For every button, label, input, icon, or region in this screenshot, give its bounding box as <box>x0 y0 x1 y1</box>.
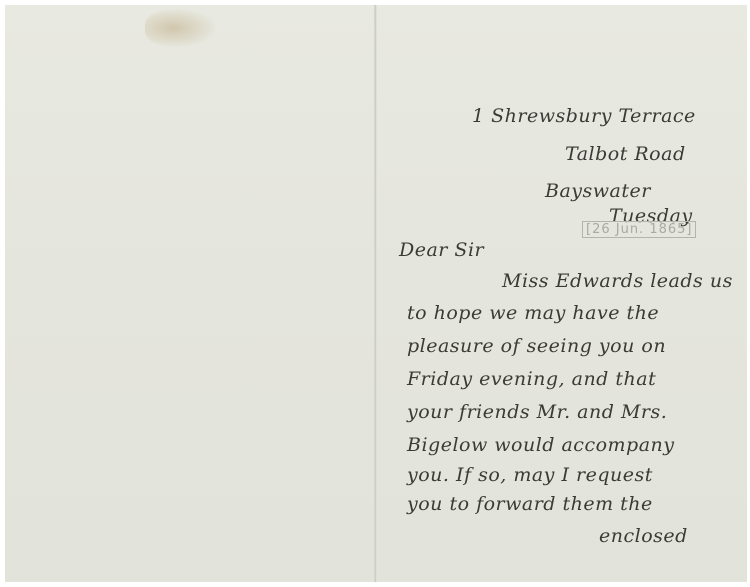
address-line-1: 1 Shrewsbury Terrace <box>472 105 696 127</box>
right-page: 1 Shrewsbury Terrace Talbot Road Bayswat… <box>377 5 747 582</box>
body-line: Miss Edwards leads us <box>502 270 733 292</box>
body-line: pleasure of seeing you on <box>407 335 666 357</box>
left-page <box>5 5 375 582</box>
body-line: Friday evening, and that <box>407 368 656 390</box>
body-line: Bigelow would accompany <box>407 434 675 456</box>
body-line: you. If so, may I request <box>407 464 653 486</box>
letter-sheet: 1 Shrewsbury Terrace Talbot Road Bayswat… <box>5 5 747 582</box>
salutation: Dear Sir <box>399 239 484 261</box>
paper-stain <box>145 9 215 47</box>
body-line: your friends Mr. and Mrs. <box>407 401 667 423</box>
address-line-2: Talbot Road <box>565 143 686 165</box>
address-line-3: Bayswater <box>545 180 651 202</box>
archival-date-note: [26 Jun. 1865] <box>582 221 696 238</box>
body-line: enclosed <box>599 525 688 547</box>
body-line: to hope we may have the <box>407 302 659 324</box>
body-line: you to forward them the <box>407 493 653 515</box>
